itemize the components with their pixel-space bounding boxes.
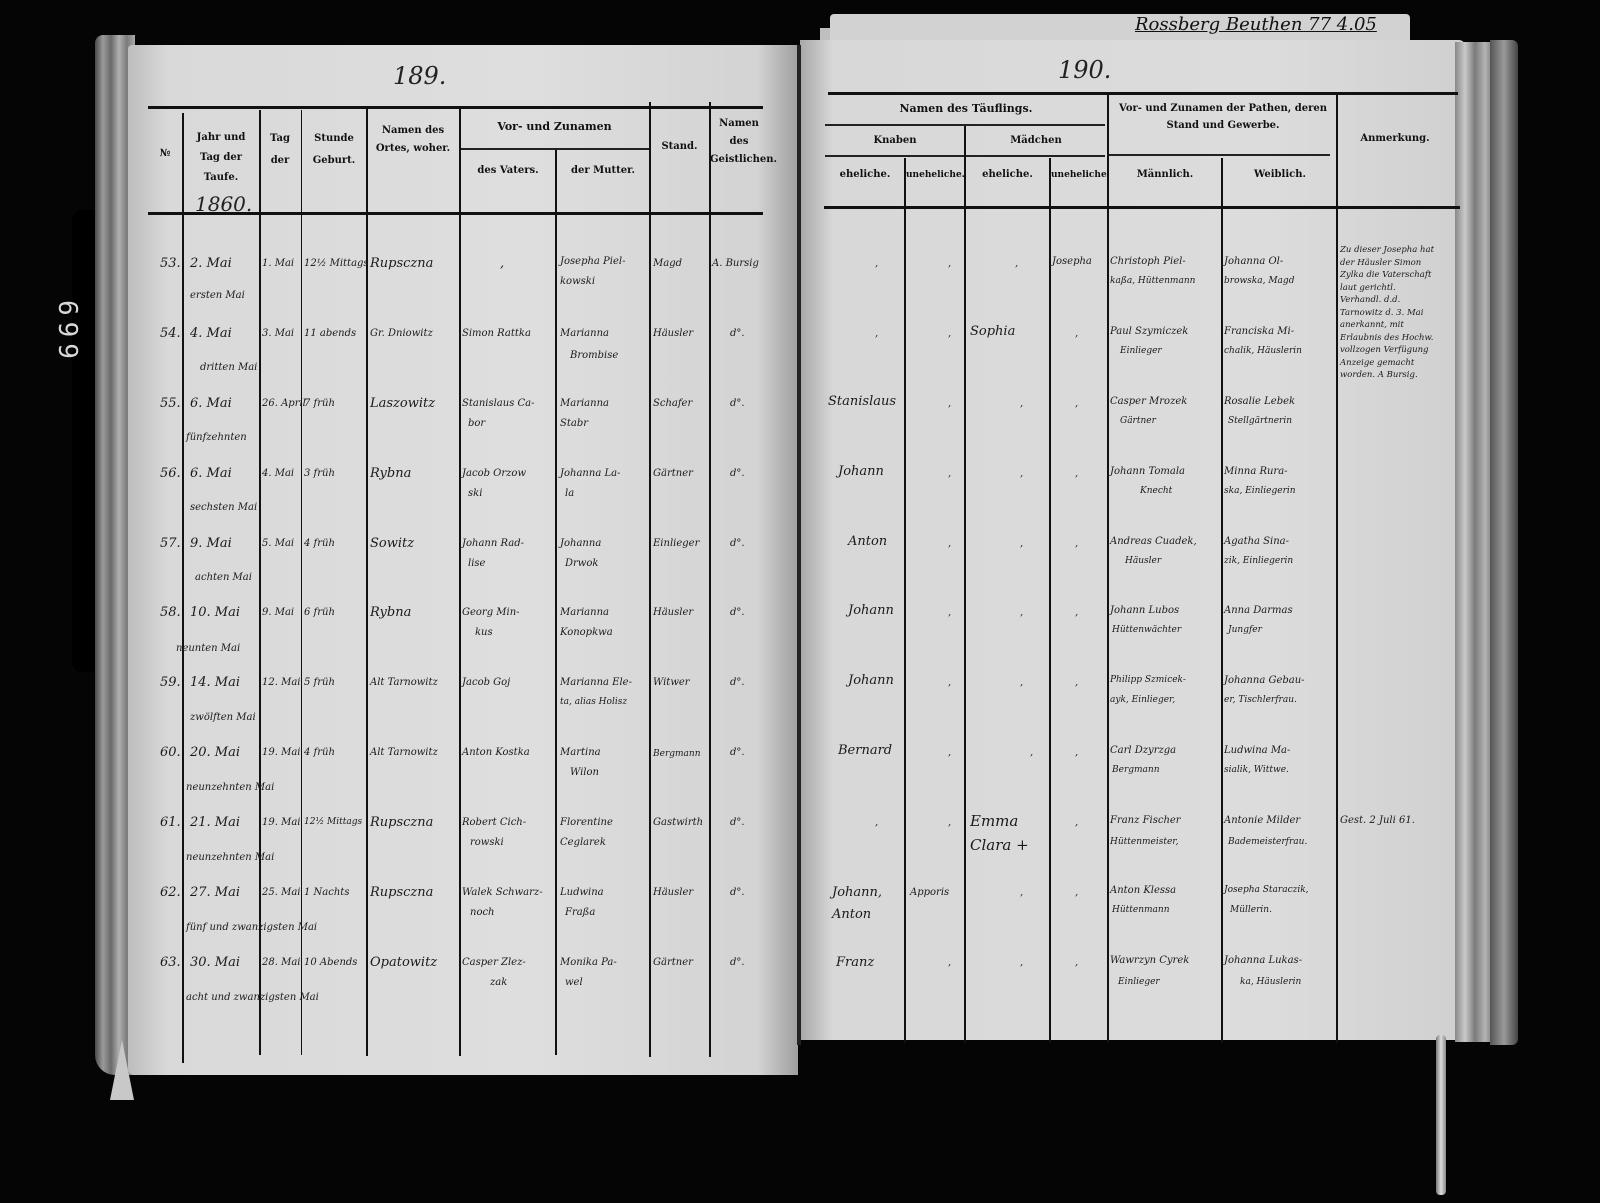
- baptism-date: 20. Mai: [190, 745, 240, 760]
- clergyman: d°.: [730, 538, 745, 549]
- header-ort: Namen des Ortes, woher.: [370, 122, 456, 158]
- boy-legitimate: Johann: [838, 464, 884, 479]
- girl-illegitimate: ,: [1075, 747, 1078, 758]
- mother-name-cont: ta, alias Holisz: [560, 697, 627, 707]
- girl-illegitimate: ,: [1075, 398, 1078, 409]
- header-maedchen-uneheliche: uneheliche.: [1051, 166, 1107, 184]
- status: Häusler: [653, 887, 693, 898]
- boy-illegitimate: ,: [948, 747, 951, 758]
- godmother: Johanna Lukas-: [1224, 955, 1302, 966]
- godfather: Anton Klessa: [1110, 885, 1176, 896]
- entry-nr: 63.: [160, 955, 181, 970]
- godfather-status: kaßa, Hüttenmann: [1110, 276, 1195, 286]
- clergyman: d°.: [730, 398, 745, 409]
- clergyman: d°.: [730, 747, 745, 758]
- birth-hour: 3 früh: [304, 468, 335, 479]
- header-jahr-tag-taufe: Jahr und Tag der Taufe.: [190, 128, 252, 188]
- baptism-date: 4. Mai: [190, 326, 232, 341]
- left-page-number: 189.: [393, 62, 446, 90]
- header-maedchen-eheliche: eheliche.: [966, 166, 1049, 184]
- book-cover-edge: [1490, 40, 1518, 1045]
- godmother: Ludwina Ma-: [1224, 745, 1290, 756]
- status: Witwer: [653, 677, 690, 688]
- header-nr: №: [148, 145, 182, 163]
- godmother: Agatha Sina-: [1224, 536, 1289, 547]
- godmother-status: ka, Häuslerin: [1240, 977, 1301, 987]
- book-gutter: [797, 45, 801, 1045]
- father-name-cont: ski: [468, 488, 482, 499]
- godmother-status: Jungfer: [1228, 625, 1262, 635]
- status: Häusler: [653, 607, 693, 618]
- father-name-cont: lise: [468, 558, 485, 569]
- father-name-cont: kus: [475, 627, 493, 638]
- godfather-status: Hüttenwächter: [1112, 625, 1181, 635]
- mother-name: Marianna: [560, 607, 609, 618]
- godmother: Rosalie Lebek: [1224, 396, 1295, 407]
- girl-illegitimate: ,: [1075, 677, 1078, 688]
- entry-nr: 55.: [160, 396, 181, 411]
- place: Rybna: [370, 605, 411, 620]
- col-rule: [904, 158, 906, 1043]
- birth-hour: 1 Nachts: [304, 887, 349, 898]
- father-name-cont: zak: [490, 977, 507, 988]
- clergyman: d°.: [730, 887, 745, 898]
- remark-note: Gest. 2 Juli 61.: [1340, 815, 1415, 826]
- father-name-cont: rowski: [470, 837, 504, 848]
- entry-nr: 56.: [160, 466, 181, 481]
- girl-legitimate: ,: [1015, 258, 1018, 269]
- place: Alt Tarnowitz: [370, 677, 438, 688]
- birth-hour: 4 früh: [304, 747, 335, 758]
- header-pathen: Vor- und Zunamen der Pathen, deren Stand…: [1112, 100, 1334, 134]
- entry-nr: 58.: [160, 605, 181, 620]
- boy-illegitimate: ,: [948, 607, 951, 618]
- godfather-status: Hüttenmeister,: [1110, 837, 1178, 847]
- mother-name-cont: Konopkwa: [560, 627, 613, 638]
- godfather: Christoph Piel-: [1110, 256, 1186, 267]
- birth-hour: 6 früh: [304, 607, 335, 618]
- girl-legitimate: ,: [1020, 538, 1023, 549]
- place: Opatowitz: [370, 955, 437, 970]
- header-knaben-uneheliche: uneheliche.: [906, 166, 964, 184]
- girl-illegitimate: Josepha: [1052, 256, 1092, 267]
- godmother-status: zik, Einliegerin: [1224, 556, 1293, 566]
- birth-hour: 5 früh: [304, 677, 335, 688]
- header-knaben: Knaben: [828, 132, 962, 150]
- godmother-status: Bademeisterfrau.: [1228, 837, 1307, 847]
- place: Rupsczna: [370, 815, 433, 830]
- boy-illegitimate: ,: [948, 468, 951, 479]
- girl-illegitimate: ,: [1075, 328, 1078, 339]
- godfather: Paul Szymiczek: [1110, 326, 1188, 337]
- baptism-date: 6. Mai: [190, 466, 232, 481]
- girl-legitimate: ,: [1020, 887, 1023, 898]
- baptism-date-words: fünfzehnten: [186, 432, 247, 443]
- status: Magd: [653, 258, 682, 269]
- girl-illegitimate: ,: [1075, 607, 1078, 618]
- baptism-date: 27. Mai: [190, 885, 240, 900]
- slip-note: Rossberg Beuthen 77 4.05: [1135, 14, 1377, 35]
- godmother: Johanna Gebau-: [1224, 675, 1305, 686]
- birth-hour: 4 früh: [304, 538, 335, 549]
- father-name-cont: bor: [468, 418, 485, 429]
- birth-hour: 12½ Mittags: [304, 817, 362, 827]
- clergyman: d°.: [730, 607, 745, 618]
- birth-hour: 7 früh: [304, 398, 335, 409]
- birth-date: 3. Mai: [262, 328, 294, 339]
- entry-nr: 62.: [160, 885, 181, 900]
- godfather: Johann Tomala: [1110, 466, 1185, 477]
- mother-name: Marianna: [560, 398, 609, 409]
- baptism-date: 21. Mai: [190, 815, 240, 830]
- baptism-date-words: neunzehnten Mai: [186, 852, 274, 863]
- header-maennlich: Männlich.: [1110, 166, 1220, 184]
- boy-illegitimate: Apporis: [910, 887, 949, 898]
- birth-date: 12. Mai: [262, 677, 300, 688]
- place: Sowitz: [370, 536, 414, 551]
- girl-legitimate: ,: [1030, 747, 1033, 758]
- father-name: Walek Schwarz-: [462, 887, 543, 898]
- header-top-rule: [828, 92, 1458, 95]
- godmother: Minna Rura-: [1224, 466, 1288, 477]
- godfather-status: Einlieger: [1118, 977, 1160, 987]
- col-rule: [259, 110, 261, 1055]
- right-page-edges: [1455, 42, 1495, 1042]
- birth-hour: 11 abends: [304, 328, 356, 339]
- col-rule: [1336, 95, 1338, 1043]
- status: Einlieger: [653, 538, 699, 549]
- birth-date: 5. Mai: [262, 538, 294, 549]
- col-rule: [555, 150, 557, 1055]
- baptism-date-words: acht und zwanzigsten Mai: [186, 992, 319, 1003]
- godmother-status: sialik, Wittwe.: [1224, 765, 1289, 775]
- godfather-status: Einlieger: [1120, 346, 1162, 356]
- entry-nr: 59.: [160, 675, 181, 690]
- baptism-date-words: achten Mai: [195, 572, 252, 583]
- boy-legitimate: ,: [875, 328, 878, 339]
- godmother-status: chalik, Häuslerin: [1224, 346, 1302, 356]
- baptism-date: 10. Mai: [190, 605, 240, 620]
- film-frame-number: 699: [52, 300, 82, 365]
- col-rule: [182, 113, 184, 1063]
- place: Laszowitz: [370, 396, 435, 411]
- place: Rupsczna: [370, 885, 433, 900]
- baptism-date-words: ersten Mai: [190, 290, 245, 301]
- col-rule: [709, 102, 711, 1057]
- mother-name-cont: Wilon: [570, 767, 599, 778]
- ribbon-bookmark: [1436, 1035, 1446, 1195]
- godfather: Philipp Szmicek-: [1110, 675, 1186, 685]
- status: Schafer: [653, 398, 692, 409]
- col-rule: [301, 110, 302, 1055]
- father-name-cont: noch: [470, 907, 495, 918]
- birth-date: 1. Mai: [262, 258, 294, 269]
- header-vaters: des Vaters.: [462, 162, 554, 180]
- father-name: Georg Min-: [462, 607, 520, 618]
- godfather-status: Knecht: [1140, 486, 1172, 496]
- baptism-date-words: neunten Mai: [176, 643, 240, 654]
- clergyman: d°.: [730, 957, 745, 968]
- clergyman: d°.: [730, 817, 745, 828]
- birth-date: 9. Mai: [262, 607, 294, 618]
- godmother-status: ska, Einliegerin: [1224, 486, 1296, 496]
- header-bottom-rule: [824, 206, 1460, 209]
- boy-legitimate: Stanislaus: [828, 394, 896, 409]
- header-maedchen: Mädchen: [966, 132, 1106, 150]
- header-top-rule: [148, 106, 763, 109]
- birth-date: 4. Mai: [262, 468, 294, 479]
- baptism-date-words: dritten Mai: [200, 362, 257, 373]
- header-weiblich: Weiblich.: [1224, 166, 1336, 184]
- header-stand: Stand.: [651, 138, 708, 156]
- godfather: Wawrzyn Cyrek: [1110, 955, 1189, 966]
- clergyman: A. Bursig: [712, 258, 759, 269]
- father-name: Jacob Orzow: [462, 468, 526, 479]
- boy-legitimate: ,: [875, 817, 878, 828]
- mother-name-cont: Ceglarek: [560, 837, 606, 848]
- godfather-status: ayk, Einlieger,: [1110, 695, 1175, 705]
- col-rule: [1049, 158, 1051, 1043]
- birth-date: 19. Mai: [262, 747, 300, 758]
- entry-nr: 57.: [160, 536, 181, 551]
- mother-name: Ludwina: [560, 887, 604, 898]
- father-name: Anton Kostka: [462, 747, 530, 758]
- birth-hour: 10 Abends: [304, 957, 357, 968]
- mother-name-cont: kowski: [560, 276, 595, 287]
- mother-name-cont: wel: [565, 977, 583, 988]
- col-rule: [649, 102, 651, 1057]
- girl-illegitimate: ,: [1075, 957, 1078, 968]
- baptism-date-words: fünf und zwanzigsten Mai: [186, 922, 317, 933]
- baptism-date-words: zwölften Mai: [190, 712, 256, 723]
- boy-legitimate: Bernard: [838, 743, 892, 758]
- header-anmerkung: Anmerkung.: [1340, 130, 1450, 148]
- header-mutter: der Mutter.: [558, 162, 648, 180]
- godmother: Josepha Staraczik,: [1224, 885, 1309, 895]
- status: Bergmann: [653, 749, 701, 759]
- godmother: Anna Darmas: [1224, 605, 1293, 616]
- godfather-status: Häusler: [1125, 556, 1161, 566]
- boy-illegitimate: ,: [948, 677, 951, 688]
- place: Rupsczna: [370, 256, 433, 271]
- godfather: Casper Mrozek: [1110, 396, 1187, 407]
- baptism-date-words: neunzehnten Mai: [186, 782, 274, 793]
- remark-note: Zu dieser Josepha hat der Häusler Simon …: [1340, 244, 1436, 382]
- col-rule: [1221, 158, 1223, 1043]
- girl-legitimate: ,: [1020, 468, 1023, 479]
- girl-legitimate-cont: Clara +: [970, 836, 1029, 854]
- boy-illegitimate: ,: [948, 328, 951, 339]
- header-vor-zunamen: Vor- und Zunamen: [462, 118, 647, 136]
- place: Rybna: [370, 466, 411, 481]
- godmother: Franciska Mi-: [1224, 326, 1294, 337]
- godmother-status: browska, Magd: [1224, 276, 1294, 286]
- col-rule: [366, 108, 368, 1056]
- godfather: Carl Dzyrzga: [1110, 745, 1176, 756]
- clergyman: d°.: [730, 468, 745, 479]
- boy-legitimate: ,: [875, 258, 878, 269]
- father-name: Simon Rattka: [462, 328, 531, 339]
- mother-name: Johanna: [560, 538, 601, 549]
- birth-date: 25. Mai: [262, 887, 300, 898]
- pathen-sub-rule: [1108, 154, 1330, 156]
- birth-date: 26. April: [262, 398, 306, 409]
- mother-name: Florentine: [560, 817, 613, 828]
- girl-illegitimate: ,: [1075, 817, 1078, 828]
- boy-illegitimate: ,: [948, 258, 951, 269]
- col-rule: [964, 126, 966, 1043]
- status: Gärtner: [653, 468, 693, 479]
- boy-legitimate: Franz: [836, 955, 874, 970]
- godfather-status: Hüttenmann: [1112, 905, 1170, 915]
- girl-legitimate: ,: [1020, 957, 1023, 968]
- place: Alt Tarnowitz: [370, 747, 438, 758]
- baptism-date: 14. Mai: [190, 675, 240, 690]
- baptism-date: 30. Mai: [190, 955, 240, 970]
- mother-name-cont: Drwok: [565, 558, 598, 569]
- godmother: Antonie Milder: [1224, 815, 1300, 826]
- header-namen-taeuflings: Namen des Täuflings.: [828, 100, 1104, 118]
- girl-illegitimate: ,: [1075, 468, 1078, 479]
- header-knaben-eheliche: eheliche.: [826, 166, 904, 184]
- boy-illegitimate: ,: [948, 817, 951, 828]
- header-geistlichen: Namen des Geistlichen.: [710, 115, 768, 169]
- mother-name-cont: la: [565, 488, 574, 499]
- boy-illegitimate: ,: [948, 538, 951, 549]
- boy-legitimate: Johann: [848, 673, 894, 688]
- boy-legitimate-cont: Anton: [832, 907, 871, 922]
- status: Gastwirth: [653, 817, 703, 828]
- godfather: Andreas Cuadek,: [1110, 536, 1197, 547]
- godmother: Johanna Ol-: [1224, 256, 1283, 267]
- godfather-status: Bergmann: [1112, 765, 1160, 775]
- godfather: Franz Fischer: [1110, 815, 1181, 826]
- godfather-status: Gärtner: [1120, 416, 1156, 426]
- status: Häusler: [653, 328, 693, 339]
- girl-illegitimate: ,: [1075, 538, 1078, 549]
- boy-legitimate: Johann,: [832, 885, 882, 900]
- baptism-date: 9. Mai: [190, 536, 232, 551]
- girl-illegitimate: ,: [1075, 887, 1078, 898]
- father-name: Casper Zlez-: [462, 957, 526, 968]
- girl-legitimate: Emma: [970, 812, 1018, 830]
- register-year: 1860.: [195, 192, 252, 216]
- girl-legitimate: ,: [1020, 398, 1023, 409]
- mother-name: Marianna: [560, 328, 609, 339]
- father-name: Jacob Goj: [462, 677, 510, 688]
- header-stunde-geburt: Stunde Geburt.: [304, 128, 364, 172]
- boy-illegitimate: ,: [948, 957, 951, 968]
- entry-nr: 53.: [160, 256, 181, 271]
- mother-name: Marianna Ele-: [560, 677, 632, 688]
- godmother-status: Stellgärtnerin: [1228, 416, 1292, 426]
- entry-nr: 61.: [160, 815, 181, 830]
- godmother-status: Müllerin.: [1230, 905, 1272, 915]
- clergyman: d°.: [730, 328, 745, 339]
- mother-name: Monika Pa-: [560, 957, 617, 968]
- godmother-status: er, Tischlerfrau.: [1224, 695, 1297, 705]
- entry-nr: 60.: [160, 745, 181, 760]
- birth-date: 28. Mai: [262, 957, 300, 968]
- status: Gärtner: [653, 957, 693, 968]
- clergyman: d°.: [730, 677, 745, 688]
- boy-legitimate: Anton: [848, 534, 887, 549]
- father-name: Robert Cich-: [462, 817, 526, 828]
- girl-legitimate: ,: [1020, 677, 1023, 688]
- col-rule: [1107, 95, 1109, 1043]
- girl-legitimate: Sophia: [970, 324, 1015, 339]
- mother-name-cont: Fraßa: [565, 907, 595, 918]
- col-rule: [459, 106, 461, 1056]
- right-page-number: 190.: [1058, 56, 1111, 84]
- father-name: Johann Rad-: [462, 538, 524, 549]
- father-name: ,: [500, 256, 504, 271]
- baptism-date-words: sechsten Mai: [190, 502, 257, 513]
- baptism-date: 6. Mai: [190, 396, 232, 411]
- mother-name-cont: Brombise: [570, 350, 618, 361]
- mother-name-cont: Stabr: [560, 418, 588, 429]
- entry-nr: 54.: [160, 326, 181, 341]
- boy-legitimate: Johann: [848, 603, 894, 618]
- girl-legitimate: ,: [1020, 607, 1023, 618]
- place: Gr. Dniowitz: [370, 328, 433, 339]
- baptism-date: 2. Mai: [190, 256, 232, 271]
- father-name: Stanislaus Ca-: [462, 398, 535, 409]
- birth-hour: 12½ Mittags: [304, 258, 369, 269]
- header-tag-geburt: Tag der: [262, 128, 298, 172]
- mother-name: Johanna La-: [560, 468, 620, 479]
- boy-illegitimate: ,: [948, 398, 951, 409]
- birth-date: 19. Mai: [262, 817, 300, 828]
- mother-name: Josepha Piel-: [560, 256, 625, 267]
- mother-name: Martina: [560, 747, 601, 758]
- godfather: Johann Lubos: [1110, 605, 1179, 616]
